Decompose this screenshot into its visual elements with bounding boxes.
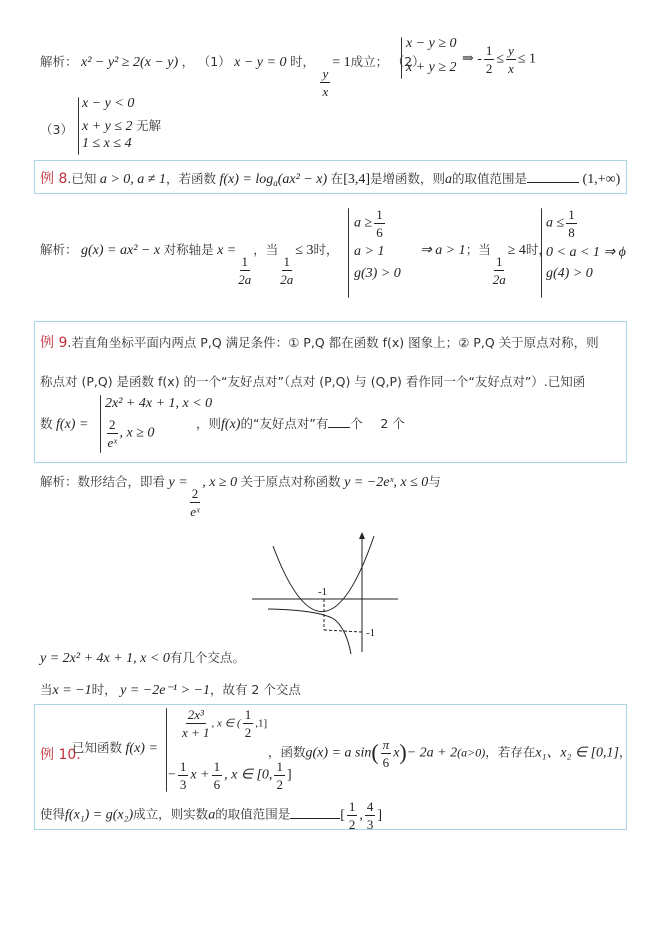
solution-8-brace-2 (541, 208, 542, 298)
case1-result: = 1 (332, 55, 350, 70)
inequality: x² − y² ≥ 2(x − y) (81, 55, 178, 70)
fraction-y-over-x: yx (320, 67, 330, 98)
exponential-curve (268, 609, 351, 654)
sys2-line-1: a ≤18 (546, 208, 579, 239)
example-9-line-1: 例 9.若直角坐标平面内两点 P,Q 满足条件：① P,Q 都在函数 f(x) … (40, 332, 599, 352)
case3-line-3: 1 ≤ x ≤ 4 (82, 136, 132, 152)
example-10-answer: [12,43] (340, 808, 382, 823)
case3-label: （3） (40, 120, 73, 138)
case3-brace (78, 97, 79, 155)
solution-9-line-2: y = 2x² + 4x + 1, x < 0有几个交点。 (40, 648, 245, 667)
example-9-brace (100, 395, 101, 453)
example-10-line-2: 使得f(x₁) = g(x₂)成立，则实数a的取值范围是[12,43] (40, 800, 382, 831)
sys1-line-1: a ≥16 (354, 208, 387, 239)
case2-result: ⇒ -12≤yx≤ 1 (462, 44, 536, 75)
case1-tail: 成立； (351, 54, 389, 69)
x-label: -1 (318, 586, 327, 598)
example-9-answer: 2 个 (380, 416, 404, 431)
sys2-line-3: g(4) > 0 (546, 266, 593, 282)
case1-expr: x − y = 0 (234, 55, 286, 70)
case2-brace (401, 37, 402, 79)
example-8-text: 例 8.已知 a > 0, a ≠ 1，若函数 f(x) = loga(ax² … (40, 168, 620, 188)
case2-line-1: x − y ≥ 0 (406, 36, 457, 52)
solution-line-1: 解析： x² − y² ≥ 2(x − y) ， （1） x − y = 0 时… (40, 52, 425, 98)
answer-blank (527, 182, 579, 183)
case1-label: （1） (198, 54, 231, 69)
answer-blank (290, 818, 340, 819)
example-9-tail: ，则f(x)的“友好点对”有个 2 个 (196, 414, 405, 433)
solution-9-line-3: 当x = −1时， y = −2e⁻¹ > −1，故有 2 个交点 (40, 680, 301, 699)
y-axis-arrow-icon (359, 532, 365, 539)
answer-blank (328, 427, 350, 428)
case3-line-1: x − y < 0 (82, 96, 134, 112)
sys2-line-2: 0 < a < 1 ⇒ ϕ (546, 244, 626, 261)
piece-1: 2x² + 4x + 1, x < 0 (105, 396, 212, 412)
solution-8-result: ⇒ a > 1；当12a≥ 4时， (352, 240, 551, 286)
case2-line-2: x + y ≥ 2 (406, 60, 457, 76)
example-10-piece-1: 2x³x + 1, x ∈ (12,1] (180, 708, 267, 739)
solution-8-line: 解析： g(x) = ax² − x 对称轴是 x =12a，当12a≤ 3时， (40, 240, 338, 286)
solution-label: 解析： (40, 54, 78, 69)
case1-when: 时， (290, 54, 315, 69)
example-10-g: ，函数g(x) = a sin(π6x)− 2a + 2(a>0)，若存在x₁、… (268, 738, 632, 769)
example-9-line-2: 称点对 (P,Q) 是函数 f(x) 的一个“友好点对”（点对 (P,Q) 与 … (40, 372, 585, 390)
piece-2: 2eˣ, x ≥ 0 (105, 418, 154, 449)
solution-9-line-1: 解析：数形结合，即看 y =2eˣ, x ≥ 0 关于原点对称函数 y = −2… (40, 472, 441, 518)
example-10-intro: 已知函数 f(x) = (72, 738, 158, 757)
y-label: -1 (366, 627, 375, 639)
example-8-answer: (1,+∞) (583, 172, 621, 187)
solution-8-brace-1 (348, 208, 349, 298)
example-9-line-3: 数 f(x) = (40, 414, 88, 433)
example-8-tag: 例 8 (40, 171, 67, 187)
example-10-brace (166, 708, 167, 792)
intersection-graph: -1 -1 (248, 532, 398, 662)
case3-line-2: x + y ≤ 2 无解 (82, 116, 161, 135)
